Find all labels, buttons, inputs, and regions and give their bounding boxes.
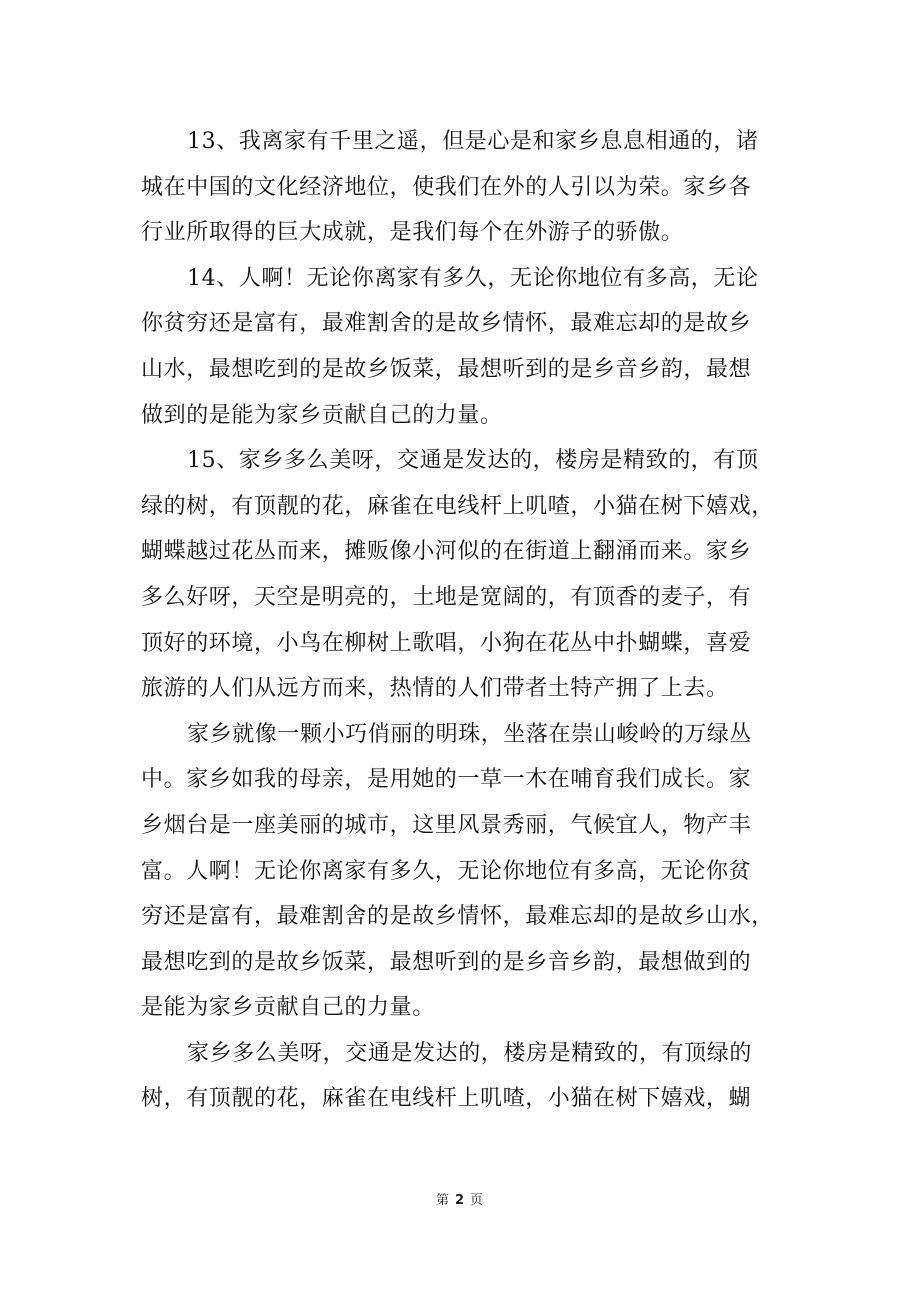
text-line: 城在中国的文化经济地位，使我们在外的人引以为荣。家乡各 <box>141 165 781 211</box>
text-line: 14、人啊！无论你离家有多久，无论你地位有多高，无论 <box>141 256 781 302</box>
text-line: 13、我离家有千里之遥，但是心是和家乡息息相通的，诸 <box>141 119 781 165</box>
page-number: 2 <box>450 1193 470 1208</box>
text-line: 穷还是富有，最难割舍的是故乡情怀，最难忘却的是故乡山水， <box>141 894 781 940</box>
text-line: 乡烟台是一座美丽的城市，这里风景秀丽，气候宜人，物产丰 <box>141 803 781 849</box>
text-line: 树，有顶靓的花，麻雀在电线杆上叽喳，小猫在树下嬉戏，蝴 <box>141 1076 781 1122</box>
text-line: 富。人啊！无论你离家有多久，无论你地位有多高，无论你贫 <box>141 849 781 895</box>
text-line: 15、家乡多么美呀，交通是发达的，楼房是精致的，有顶 <box>141 438 781 484</box>
page-number-prefix: 第 <box>436 1193 450 1208</box>
text-line: 做到的是能为家乡贡献自己的力量。 <box>141 393 781 439</box>
text-line: 行业所取得的巨大成就，是我们每个在外游子的骄傲。 <box>141 210 781 256</box>
text-line: 你贫穷还是富有，最难割舍的是故乡情怀，最难忘却的是故乡 <box>141 301 781 347</box>
text-line: 是能为家乡贡献自己的力量。 <box>141 985 781 1031</box>
text-line: 最想吃到的是故乡饭菜，最想听到的是乡音乡韵，最想做到的 <box>141 940 781 986</box>
document-body: 13、我离家有千里之遥，但是心是和家乡息息相通的，诸 城在中国的文化经济地位，使… <box>141 119 781 1122</box>
text-line: 山水，最想吃到的是故乡饭菜，最想听到的是乡音乡韵，最想 <box>141 347 781 393</box>
text-line: 蝴蝶越过花丛而来，摊贩像小河似的在街道上翻涌而来。家乡 <box>141 529 781 575</box>
document-page: 13、我离家有千里之遥，但是心是和家乡息息相通的，诸 城在中国的文化经济地位，使… <box>0 0 920 1302</box>
text-line: 旅游的人们从远方而来，热情的人们带者土特产拥了上去。 <box>141 666 781 712</box>
page-footer: 第2页 <box>0 1189 920 1208</box>
page-number-suffix: 页 <box>470 1193 484 1208</box>
text-line: 顶好的环境，小鸟在柳树上歌唱，小狗在花丛中扑蝴蝶，喜爱 <box>141 621 781 667</box>
text-line: 多么好呀，天空是明亮的，土地是宽阔的，有顶香的麦子，有 <box>141 575 781 621</box>
text-line: 中。家乡如我的母亲，是用她的一草一木在哺育我们成长。家 <box>141 757 781 803</box>
text-line: 绿的树，有顶靓的花，麻雀在电线杆上叽喳，小猫在树下嬉戏， <box>141 484 781 530</box>
text-line: 家乡多么美呀，交通是发达的，楼房是精致的，有顶绿的 <box>141 1031 781 1077</box>
text-line: 家乡就像一颗小巧俏丽的明珠，坐落在崇山峻岭的万绿丛 <box>141 712 781 758</box>
